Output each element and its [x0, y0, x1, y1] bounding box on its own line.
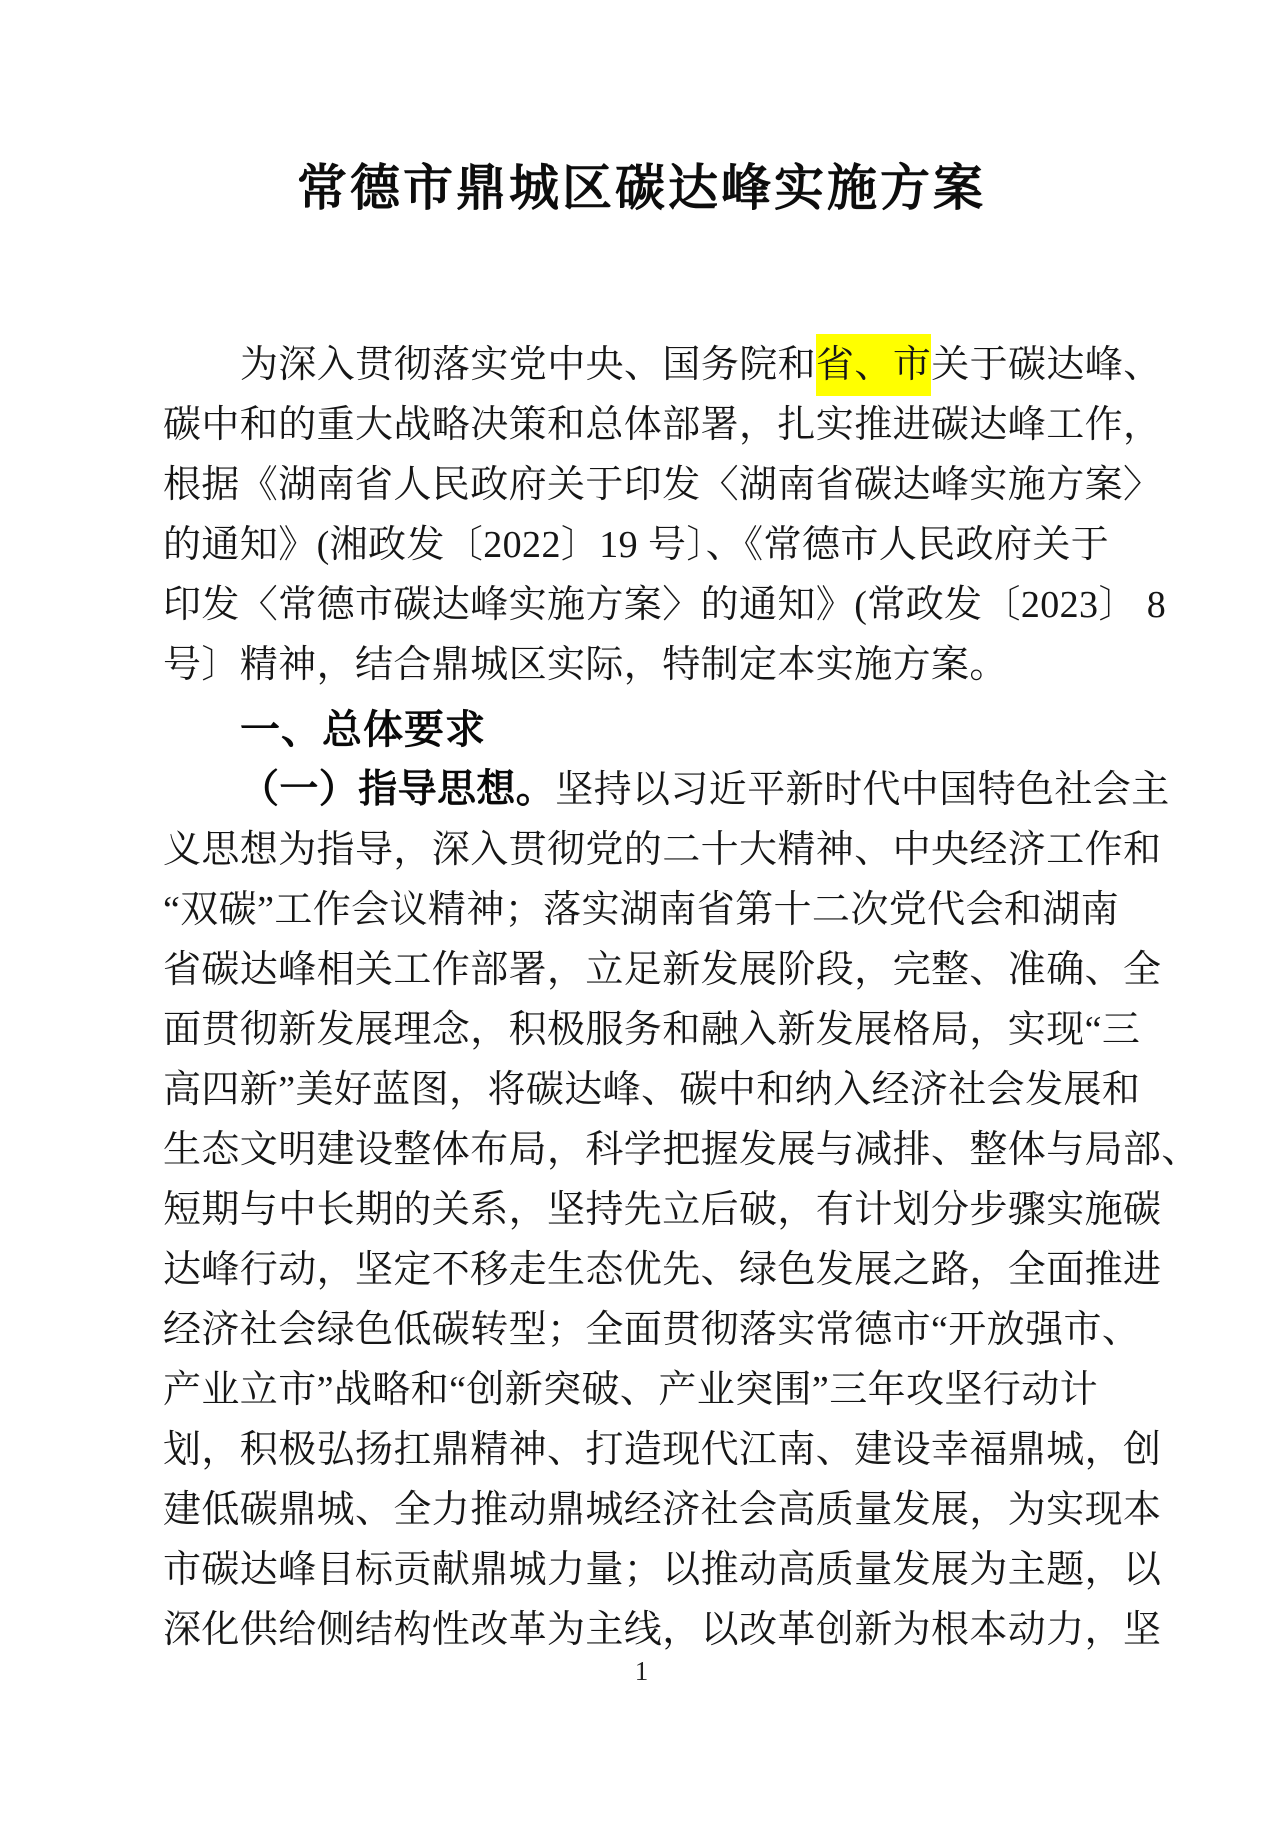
- text-line: （一）指导思想。坚持以习近平新时代中国特色社会主: [163, 760, 1122, 820]
- highlighted-text: 省、市: [816, 334, 931, 396]
- text-line: 高四新”美好蓝图，将碳达峰、碳中和纳入经济社会发展和: [163, 1060, 1122, 1120]
- text-segment: 划，积极弘扬扛鼎精神、打造现代江南、建设幸福鼎城，创: [163, 1429, 1161, 1471]
- text-segment: 印发〈常德市碳达峰实施方案〉的通知》(常政发〔2023〕 8: [163, 584, 1166, 626]
- text-segment: 的通知》(湘政发〔2022〕19 号〕、《常德市人民政府关于: [163, 524, 1109, 566]
- text-segment: 市碳达峰目标贡献鼎城力量；以推动高质量发展为主题，以: [163, 1549, 1161, 1591]
- text-segment: 面贯彻新发展理念，积极服务和融入新发展格局，实现“三: [163, 1009, 1140, 1051]
- text-segment: 一、总体要求: [240, 708, 486, 752]
- text-segment: 省碳达峰相关工作部署，立足新发展阶段，完整、准确、全: [163, 949, 1161, 991]
- document-body: 为深入贯彻落实党中央、国务院和省、市关于碳达峰、碳中和的重大战略决策和总体部署，…: [163, 335, 1122, 1660]
- text-line: 义思想为指导，深入贯彻党的二十大精神、中央经济工作和: [163, 820, 1122, 880]
- text-segment: 根据《湖南省人民政府关于印发〈湖南省碳达峰实施方案〉: [163, 464, 1161, 506]
- text-line: 面贯彻新发展理念，积极服务和融入新发展格局，实现“三: [163, 1000, 1122, 1060]
- text-segment: 经济社会绿色低碳转型；全面贯彻落实常德市“开放强市、: [163, 1309, 1140, 1351]
- text-line: “双碳”工作会议精神；落实湖南省第十二次党代会和湖南: [163, 880, 1122, 940]
- text-line: 生态文明建设整体布局，科学把握发展与减排、整体与局部、: [163, 1120, 1122, 1180]
- text-line: 市碳达峰目标贡献鼎城力量；以推动高质量发展为主题，以: [163, 1540, 1122, 1600]
- text-line: 经济社会绿色低碳转型；全面贯彻落实常德市“开放强市、: [163, 1300, 1122, 1360]
- text-line: 产业立市”战略和“创新突破、产业突围”三年攻坚行动计: [163, 1360, 1122, 1420]
- text-segment: 坚持以习近平新时代中国特色社会主: [555, 769, 1169, 811]
- text-line: 省碳达峰相关工作部署，立足新发展阶段，完整、准确、全: [163, 940, 1122, 1000]
- text-line: 号〕精神，结合鼎城区实际，特制定本实施方案。: [163, 635, 1122, 695]
- text-line: 划，积极弘扬扛鼎精神、打造现代江南、建设幸福鼎城，创: [163, 1420, 1122, 1480]
- text-line: 的通知》(湘政发〔2022〕19 号〕、《常德市人民政府关于: [163, 515, 1122, 575]
- text-segment: 为深入贯彻落实党中央、国务院和: [240, 344, 816, 386]
- text-segment: 产业立市”战略和“创新突破、产业突围”三年攻坚行动计: [163, 1369, 1098, 1411]
- document-title: 常德市鼎城区碳达峰实施方案: [0, 148, 1283, 220]
- text-segment: 短期与中长期的关系，坚持先立后破，有计划分步骤实施碳: [163, 1189, 1161, 1231]
- text-segment: 号〕精神，结合鼎城区实际，特制定本实施方案。: [163, 644, 1008, 686]
- page-number: 1: [0, 1656, 1283, 1687]
- text-segment: 碳中和的重大战略决策和总体部署，扎实推进碳达峰工作，: [163, 404, 1161, 446]
- text-line: 建低碳鼎城、全力推动鼎城经济社会高质量发展，为实现本: [163, 1480, 1122, 1540]
- text-line: 根据《湖南省人民政府关于印发〈湖南省碳达峰实施方案〉: [163, 455, 1122, 515]
- text-segment: 达峰行动，坚定不移走生态优先、绿色发展之路，全面推进: [163, 1249, 1161, 1291]
- text-segment: 深化供给侧结构性改革为主线，以改革创新为根本动力，坚: [163, 1609, 1161, 1651]
- text-segment: 建低碳鼎城、全力推动鼎城经济社会高质量发展，为实现本: [163, 1489, 1161, 1531]
- text-segment: 高四新”美好蓝图，将碳达峰、碳中和纳入经济社会发展和: [163, 1069, 1140, 1111]
- text-segment: 义思想为指导，深入贯彻党的二十大精神、中央经济工作和: [163, 829, 1161, 871]
- text-line: 一、总体要求: [163, 700, 1122, 760]
- document-page: 常德市鼎城区碳达峰实施方案 为深入贯彻落实党中央、国务院和省、市关于碳达峰、碳中…: [0, 0, 1283, 1824]
- text-line: 深化供给侧结构性改革为主线，以改革创新为根本动力，坚: [163, 1600, 1122, 1660]
- text-segment: 生态文明建设整体布局，科学把握发展与减排、整体与局部、: [163, 1129, 1200, 1171]
- text-line: 短期与中长期的关系，坚持先立后破，有计划分步骤实施碳: [163, 1180, 1122, 1240]
- text-segment: 关于碳达峰、: [931, 344, 1161, 386]
- text-segment: “双碳”工作会议精神；落实湖南省第十二次党代会和湖南: [163, 889, 1119, 931]
- text-line: 为深入贯彻落实党中央、国务院和省、市关于碳达峰、: [163, 335, 1122, 395]
- text-segment: （一）指导思想。: [240, 768, 555, 811]
- text-line: 印发〈常德市碳达峰实施方案〉的通知》(常政发〔2023〕 8: [163, 575, 1122, 635]
- text-line: 碳中和的重大战略决策和总体部署，扎实推进碳达峰工作，: [163, 395, 1122, 455]
- text-line: 达峰行动，坚定不移走生态优先、绿色发展之路，全面推进: [163, 1240, 1122, 1300]
